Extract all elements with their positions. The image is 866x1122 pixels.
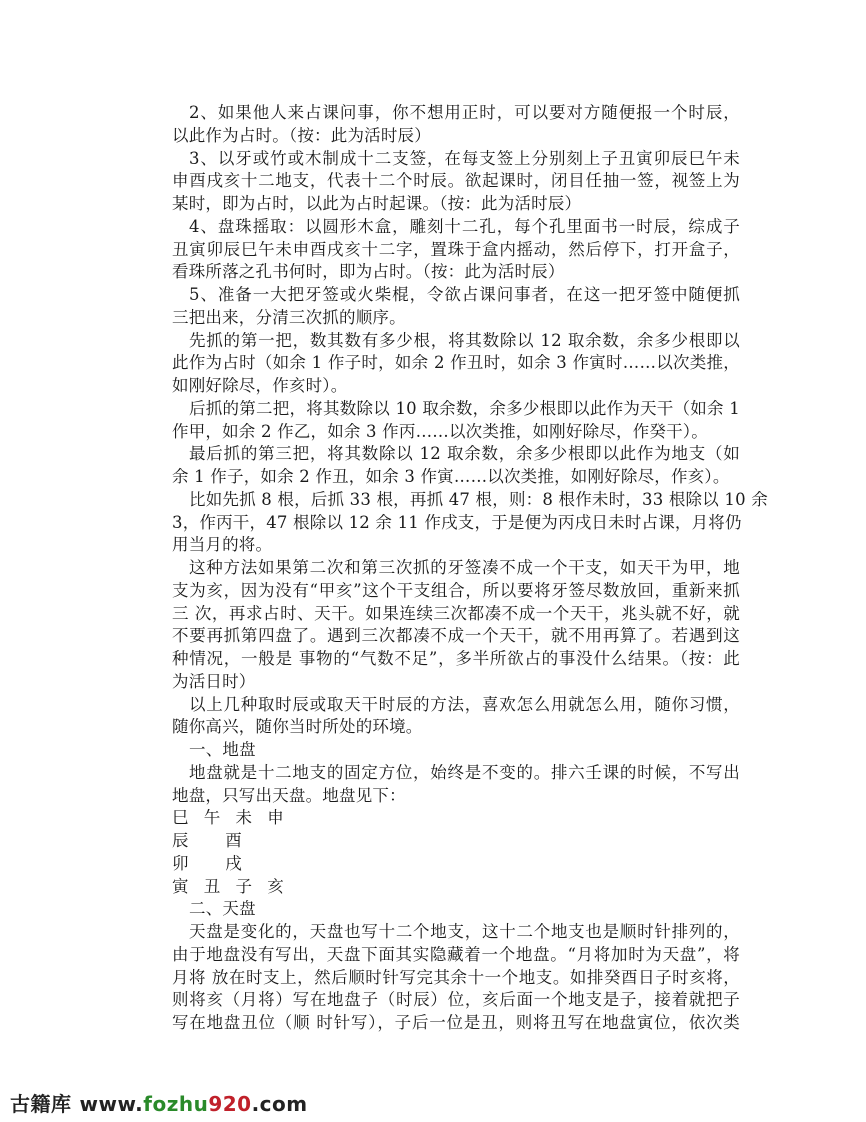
url-suffix: .com — [252, 1092, 308, 1116]
text-line: 这种方法如果第二次和第三次抓的牙签凑不成一个干支，如天干为甲，地 — [172, 557, 740, 580]
text-line: 为活日时） — [172, 671, 740, 694]
text-line: 随你高兴，随你当时所处的环境。 — [172, 716, 740, 739]
text-line: 比如先抓 8 根，后抓 33 根，再抓 47 根，则：8 根作未时，33 根除以… — [172, 489, 740, 512]
text-line: 4、盘珠摇取：以圆形木盒，雕刻十二孔，每个孔里面书一时辰，综成子 — [172, 216, 740, 239]
text-line: 以上几种取时辰或取天干时辰的方法，喜欢怎么用就怎么用，随你习惯， — [172, 694, 740, 717]
url-red-part: 920 — [208, 1092, 251, 1116]
text-line: 看珠所落之孔书何时，即为占时。（按：此为活时辰） — [172, 261, 740, 284]
text-line: 月将 放在时支上，然后顺时针写完其余十一个地支。如排癸酉日子时亥将， — [172, 967, 740, 990]
heaven-plate-text: 二、天盘天盘是变化的，天盘也写十二个地支，这十二个地支也是顺时针排列的，由于地盘… — [172, 898, 740, 1035]
text-line: 余 1 作子，如余 2 作丑，如余 3 作寅……以次类推，如刚好除尽，作亥）。 — [172, 466, 740, 489]
text-line: 则将亥（月将）写在地盘子（时辰）位，亥后面一个地支是子，接着就把子 — [172, 989, 740, 1012]
text-line: 2、如果他人来占课问事，你不想用正时，可以要对方随便报一个时辰， — [172, 102, 740, 125]
text-line: 一、地盘 — [172, 739, 740, 762]
text-line: 天盘是变化的，天盘也写十二个地支，这十二个地支也是顺时针排列的， — [172, 921, 740, 944]
text-line: 先抓的第一把，数其数有多少根，将其数除以 12 取余数，余多少根即以 — [172, 330, 740, 353]
text-line: 以此作为占时。（按：此为活时辰） — [172, 125, 740, 148]
text-line: 三把出来，分清三次抓的顺序。 — [172, 307, 740, 330]
text-line: 种情况，一般是 事物的“气数不足”，多半所欲占的事没什么结果。（按：此 — [172, 648, 740, 671]
text-line: 如刚好除尽，作亥时）。 — [172, 375, 740, 398]
text-line: 5、准备一大把牙签或火柴棍，令欲占课问事者，在这一把牙签中随便抓 — [172, 284, 740, 307]
text-line: 作甲，如余 2 作乙，如余 3 作丙……以次类推，如刚好除尽，作癸干）。 — [172, 421, 740, 444]
text-line: 申酉戌亥十二地支，代表十二个时辰。欲起课时，闭目任抽一签，视签上为 — [172, 170, 740, 193]
site-name: 古籍库 — [10, 1092, 72, 1116]
text-line: 此作为占时（如余 1 作子时，如余 2 作丑时，如余 3 作寅时……以次类推， — [172, 352, 740, 375]
text-line: 写在地盘丑位（顺 时针写），子后一位是丑，则将丑写在地盘寅位，依次类 — [172, 1012, 740, 1035]
text-line: 最后抓的第三把，将其数除以 12 取余数，余多少根即以此作为地支（如 — [172, 443, 740, 466]
text-line: 地盘就是十二地支的固定方位，始终是不变的。排六壬课的时候，不写出 — [172, 762, 740, 785]
body-text: 2、如果他人来占课问事，你不想用正时，可以要对方随便报一个时辰，以此作为占时。（… — [172, 102, 740, 807]
text-line: 3、以牙或竹或木制成十二支签，在每支签上分别刻上子丑寅卯辰巳午未 — [172, 148, 740, 171]
text-line: 地盘，只写出天盘。地盘见下： — [172, 785, 740, 808]
earth-plate-row: 卯 戌 — [172, 853, 740, 876]
earth-plate-grid: 巳 午 未 申辰 酉卯 戌寅 丑 子 亥 — [172, 807, 740, 898]
earth-plate-row: 寅 丑 子 亥 — [172, 876, 740, 899]
watermark-footer: 古籍库www.fozhu920.com — [10, 1088, 308, 1117]
earth-plate-row: 辰 酉 — [172, 830, 740, 853]
text-line: 由于地盘没有写出，天盘下面其实隐藏着一个地盘。“月将加时为天盘”，将 — [172, 944, 740, 967]
text-line: 二、天盘 — [172, 898, 740, 921]
text-line: 用当月的将。 — [172, 534, 740, 557]
url-green-part: fozhu — [143, 1092, 208, 1116]
text-line: 不要再抓第四盘了。遇到三次都凑不成一个天干，就不用再算了。若遇到这 — [172, 625, 740, 648]
text-line: 丑寅卯辰巳午未申酉戌亥十二字，置珠于盒内摇动，然后停下，打开盒子， — [172, 239, 740, 262]
url-prefix: www. — [80, 1092, 144, 1116]
document-page: 2、如果他人来占课问事，你不想用正时，可以要对方随便报一个时辰，以此作为占时。（… — [172, 102, 740, 1035]
text-line: 支为亥，因为没有“甲亥”这个干支组合，所以要将牙签尽数放回，重新来抓 — [172, 580, 740, 603]
text-line: 三 次，再求占时、天干。如果连续三次都凑不成一个天干，兆头就不好，就 — [172, 603, 740, 626]
text-line: 3，作丙干，47 根除以 12 余 11 作戌支，于是便为丙戌日未时占课，月将仍 — [172, 512, 740, 535]
text-line: 某时，即为占时，以此为占时起课。（按：此为活时辰） — [172, 193, 740, 216]
earth-plate-row: 巳 午 未 申 — [172, 807, 740, 830]
text-line: 后抓的第二把，将其数除以 10 取余数，余多少根即以此作为天干（如余 1 — [172, 398, 740, 421]
